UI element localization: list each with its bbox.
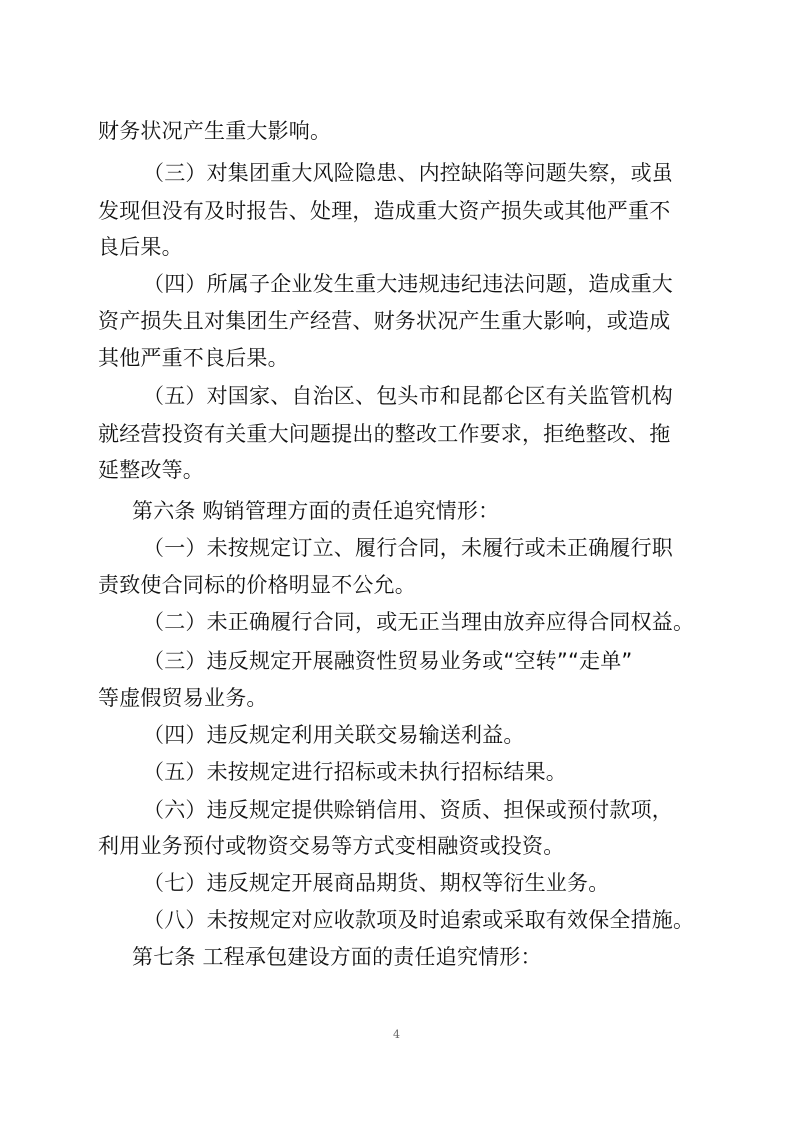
page-number: 4 bbox=[0, 1028, 793, 1041]
text-line: 责致使合同标的价格明显不公允。 bbox=[98, 570, 698, 600]
document-page: 财务状况产生重大影响。（三）对集团重大风险隐患、内控缺陷等问题失察，或虽发现但没… bbox=[0, 0, 793, 1122]
text-line: 良后果。 bbox=[98, 232, 698, 262]
text-line: 就经营投资有关重大问题提出的整改工作要求，拒绝整改、拖 bbox=[98, 419, 698, 449]
text-line: （八）未按规定对应收款项及时追索或采取有效保全措施。 bbox=[143, 905, 743, 935]
text-line: （四）所属子企业发生重大违规违纪违法问题，造成重大 bbox=[143, 269, 743, 299]
text-line: 发现但没有及时报告、处理，造成重大资产损失或其他严重不 bbox=[98, 196, 698, 226]
text-line: （六）违反规定提供赊销信用、资质、担保或预付款项， bbox=[143, 795, 743, 825]
text-line: （七）违反规定开展商品期货、期权等衍生业务。 bbox=[143, 868, 743, 898]
article-heading-line: 第六条 购销管理方面的责任追究情形： bbox=[132, 496, 732, 526]
text-line: （二）未正确履行合同，或无正当理由放弃应得合同权益。 bbox=[143, 607, 743, 637]
text-line: 财务状况产生重大影响。 bbox=[98, 116, 698, 146]
text-line: （五）未按规定进行招标或未执行招标结果。 bbox=[143, 757, 743, 787]
text-line: （一）未按规定订立、履行合同，未履行或未正确履行职 bbox=[143, 533, 743, 563]
text-line: （三）违反规定开展融资性贸易业务或“空转”“走单” bbox=[143, 646, 743, 676]
text-line: （三）对集团重大风险隐患、内控缺陷等问题失察，或虽 bbox=[143, 158, 743, 188]
text-line: （四）违反规定利用关联交易输送利益。 bbox=[143, 720, 743, 750]
text-line: 其他严重不良后果。 bbox=[98, 343, 698, 373]
text-line: 资产损失且对集团生产经营、财务状况产生重大影响，或造成 bbox=[98, 306, 698, 336]
text-line: 延整改等。 bbox=[98, 455, 698, 485]
article-heading-line: 第七条 工程承包建设方面的责任追究情形： bbox=[132, 942, 732, 972]
text-line: （五）对国家、自治区、包头市和昆都仑区有关监管机构 bbox=[143, 381, 743, 411]
text-line: 利用业务预付或物资交易等方式变相融资或投资。 bbox=[98, 831, 698, 861]
text-line: 等虚假贸易业务。 bbox=[98, 683, 698, 713]
